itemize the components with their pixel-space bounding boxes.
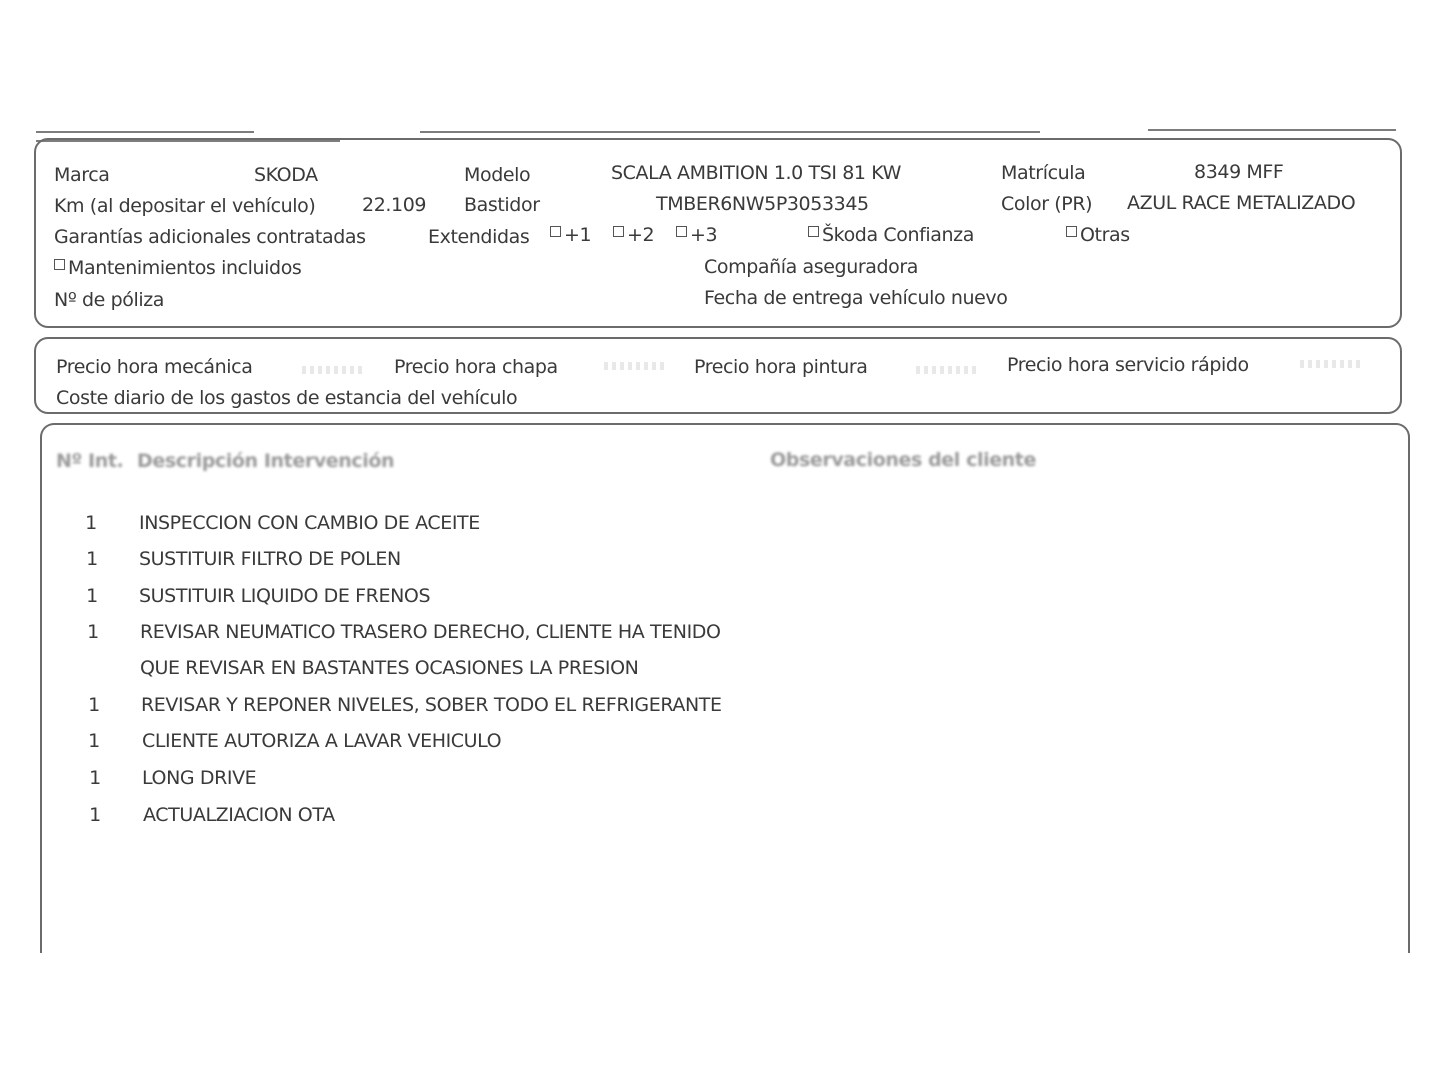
top-rule-mid-a: [420, 131, 1040, 133]
marca-label: Marca: [54, 164, 110, 186]
checkbox-icon[interactable]: [676, 226, 687, 237]
checkbox-icon[interactable]: [1066, 226, 1077, 237]
row-description: SUSTITUIR FILTRO DE POLEN: [139, 548, 401, 570]
checkbox-icon[interactable]: [613, 226, 624, 237]
row-description: SUSTITUIR LIQUIDO DE FRENOS: [139, 585, 430, 607]
row-description: ACTUALZIACION OTA: [143, 804, 335, 826]
row-qty: 1: [80, 767, 110, 789]
row-qty: 1: [80, 804, 110, 826]
modelo-value: SCALA AMBITION 1.0 TSI 81 KW: [611, 162, 901, 184]
precio-mecanica-value-redacted: [302, 366, 362, 374]
extendidas-label: Extendidas: [428, 226, 529, 248]
row-description: REVISAR Y REPONER NIVELES, SOBER TODO EL…: [141, 694, 722, 716]
checkbox-icon[interactable]: [808, 226, 819, 237]
row-qty: 1: [77, 548, 107, 570]
row-description: REVISAR NEUMATICO TRASERO DERECHO, CLIEN…: [140, 621, 721, 643]
top-rule-right-a: [1148, 129, 1396, 131]
precio-rapido-value-redacted: [1300, 360, 1360, 368]
marca-value: SKODA: [254, 164, 318, 186]
option-plus2[interactable]: +2: [613, 224, 654, 246]
poliza-label: Nº de póliza: [54, 289, 164, 311]
precio-mecanica-label: Precio hora mecánica: [56, 356, 252, 378]
top-rule-left-a: [36, 131, 254, 133]
km-label: Km (al depositar el vehículo): [54, 195, 315, 217]
row-description: INSPECCION CON CAMBIO DE ACEITE: [139, 512, 480, 534]
bastidor-value: TMBER6NW5P3053345: [656, 193, 869, 215]
col-header-desc: Descripción Intervención: [137, 450, 394, 472]
checkbox-icon[interactable]: [550, 226, 561, 237]
coste-diario-label: Coste diario de los gastos de estancia d…: [56, 387, 517, 409]
precio-rapido-label: Precio hora servicio rápido: [1007, 354, 1249, 376]
modelo-label: Modelo: [464, 164, 530, 186]
row-qty: 1: [79, 694, 109, 716]
precio-chapa-label: Precio hora chapa: [394, 356, 558, 378]
option-plus3[interactable]: +3: [676, 224, 717, 246]
bastidor-label: Bastidor: [464, 194, 540, 216]
row-qty: 1: [77, 585, 107, 607]
row-qty: 1: [78, 621, 108, 643]
row-description: QUE REVISAR EN BASTANTES OCASIONES LA PR…: [140, 657, 638, 679]
color-value: AZUL RACE METALIZADO: [1127, 192, 1355, 214]
color-label: Color (PR): [1001, 193, 1092, 215]
interventions-panel: [40, 423, 1410, 953]
row-description: LONG DRIVE: [142, 767, 256, 789]
precio-chapa-value-redacted: [604, 362, 664, 370]
precio-pintura-value-redacted: [916, 366, 976, 374]
matricula-label: Matrícula: [1001, 162, 1085, 184]
option-skoda-confianza[interactable]: Škoda Confianza: [808, 224, 974, 246]
mantenimientos-option[interactable]: Mantenimientos incluidos: [54, 257, 301, 279]
option-otras[interactable]: Otras: [1066, 224, 1130, 246]
fecha-entrega-label: Fecha de entrega vehículo nuevo: [704, 287, 1007, 309]
compania-label: Compañía aseguradora: [704, 256, 918, 278]
row-description: CLIENTE AUTORIZA A LAVAR VEHICULO: [142, 730, 501, 752]
col-header-obs: Observaciones del cliente: [770, 449, 1036, 471]
matricula-value: 8349 MFF: [1194, 161, 1283, 183]
row-qty: 1: [76, 512, 106, 534]
col-header-num: Nº Int.: [56, 450, 123, 472]
option-plus1[interactable]: +1: [550, 224, 591, 246]
precio-pintura-label: Precio hora pintura: [694, 356, 868, 378]
checkbox-icon[interactable]: [54, 259, 65, 270]
km-value: 22.109: [362, 194, 426, 216]
garantias-label: Garantías adicionales contratadas: [54, 226, 366, 248]
row-qty: 1: [79, 730, 109, 752]
